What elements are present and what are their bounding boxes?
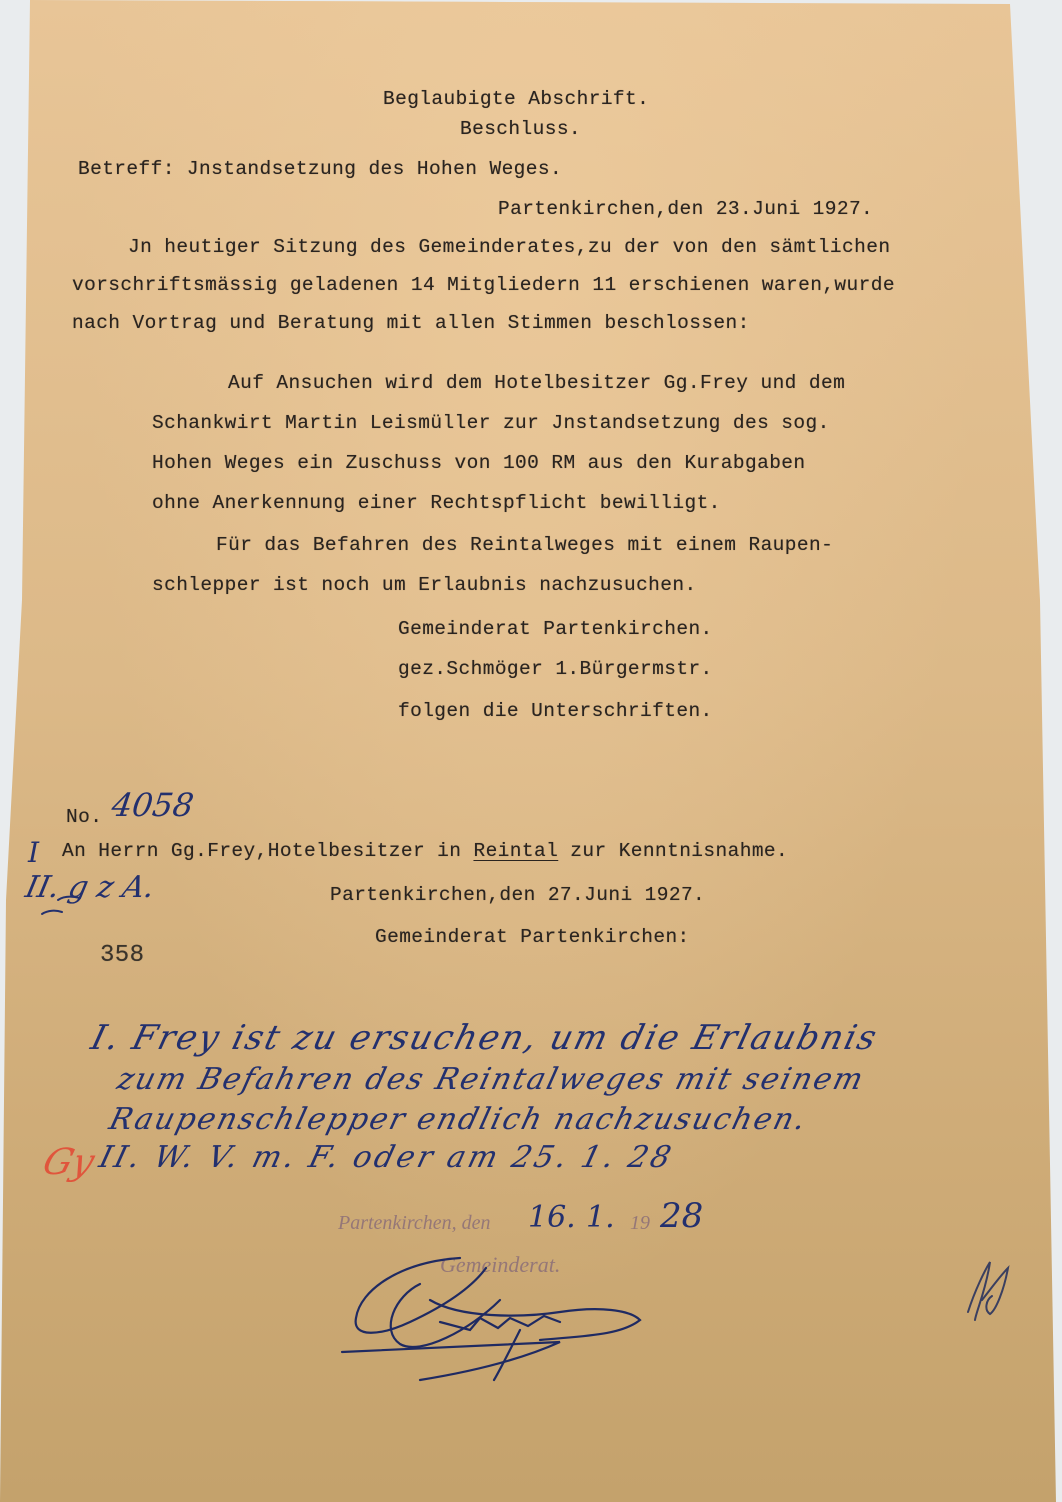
resolution-line: Hohen Weges ein Zuschuss von 100 RM aus … [152,452,806,474]
recipient-place: Reintal [473,840,558,862]
dispatch-number-label: No. [66,806,102,828]
recipient-line: An Herrn Gg.Frey,Hotelbesitzer in Reinta… [62,840,788,862]
intro-line: nach Vortrag und Beratung mit allen Stim… [72,312,750,334]
handwritten-note-line: zum Befahren des Reintalweges mit seinem [114,1062,869,1097]
file-number: 358 [100,942,144,969]
stamp-day: 16. [528,1200,576,1235]
stamp-month: 1. [586,1200,615,1235]
stamp-place: Partenkirchen, den [338,1212,491,1235]
intro-line: vorschriftsmässig geladenen 14 Mitgliede… [72,274,895,296]
margin-roman-2: II. g z A. [22,870,158,905]
signature-block-line: Gemeinderat Partenkirchen. [398,618,713,640]
recipient-prefix: An Herrn Gg.Frey,Hotelbesitzer in [62,840,473,862]
resolution-line: Auf Ansuchen wird dem Hotelbesitzer Gg.F… [228,372,845,394]
resolution-line: ohne Anerkennung einer Rechtspflicht bew… [152,492,721,514]
recipient-suffix: zur Kenntnisnahme. [558,840,788,862]
permit-line: schlepper ist noch um Erlaubnis nachzusu… [152,574,697,596]
dispatch-place-date: Partenkirchen,den 27.Juni 1927. [330,884,705,906]
signature-block-line: folgen die Unterschriften. [398,700,713,722]
header-place-date: Partenkirchen,den 23.Juni 1927. [498,198,873,220]
margin-roman-1: I [28,836,39,869]
intro-line: Jn heutiger Sitzung des Gemeinderates,zu… [128,236,890,258]
signature-block-line: gez.Schmöger 1.Bürgermstr. [398,658,713,680]
document-title: Beglaubigte Abschrift. [383,88,649,110]
subject-line: Betreff: Jnstandsetzung des Hohen Weges. [78,158,562,180]
stamp-year-prefix: 19 [630,1212,650,1235]
resolution-line: Schankwirt Martin Leismüller zur Jnstand… [152,412,830,434]
dispatch-number-handwritten: 4058 [109,786,196,824]
permit-line: Für das Befahren des Reintalweges mit ei… [216,534,833,556]
document-subtitle: Beschluss. [460,118,581,140]
dispatch-authority: Gemeinderat Partenkirchen: [375,926,690,948]
handwritten-note-line: I. Frey ist zu ersuchen, um die Erlaubni… [87,1018,882,1058]
stamp-authority: Gemeinderat. [440,1252,560,1278]
handwritten-note-line: II. W. V. m. F. oder am 25. 1. 28 [96,1140,678,1175]
stamp-year-suffix: 28 [660,1196,703,1236]
handwritten-note-line: Raupenschlepper endlich nachzusuchen. [106,1102,811,1137]
